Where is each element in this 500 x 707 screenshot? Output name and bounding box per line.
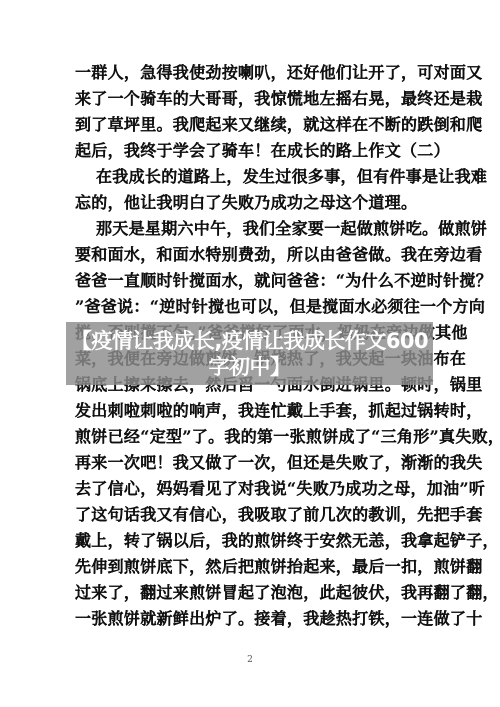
text-line: 一张煎饼就新鲜出炉了。接着，我趁热打铁，一连做了十: [75, 606, 420, 632]
text-line: 过来了，翻过来煎饼冒起了泡泡，此起彼伏，我再翻了翻，: [75, 580, 420, 606]
text-line: 戴上，转了锅以后，我的煎饼终于安然无恙，我拿起铲子，: [75, 528, 420, 554]
text-line: 发出刺啦刺啦的响声，我连忙戴上手套，抓起过锅转时，: [75, 398, 420, 424]
text-line: 到了草坪里。我爬起来又继续，就这样在不断的跌倒和爬: [75, 112, 420, 138]
text-line: 要和面水，和面水特别费劲，所以由爸爸做。我在旁边看: [75, 242, 420, 268]
overlay-title: 【疫情让我成长,疫情让我成长作文600字初中】: [66, 328, 433, 380]
text-line: 来了一个骑车的大哥哥，我惊慌地左摇右晃，最终还是栽: [75, 86, 420, 112]
text-line: 再来一次吧！我又做了一次，但还是失败了，渐渐的我失: [75, 450, 420, 476]
text-line: 起后，我终于学会了骑车！在成长的路上作文（二）: [75, 138, 420, 164]
text-line: 煎饼已经“定型”了。我的第一张煎饼成了“三角形”真失败，: [75, 424, 420, 450]
text-line: 一群人，急得我使劲按喇叭，还好他们让开了，可对面又: [75, 60, 420, 86]
title-overlay-banner: 【疫情让我成长,疫情让我成长作文600字初中】: [66, 322, 433, 385]
text-line: 那天是星期六中午，我们全家要一起做煎饼吃。做煎饼: [75, 216, 420, 242]
text-line: 先伸到煎饼底下，然后把煎饼抬起来，最后一扣，煎饼翻: [75, 554, 420, 580]
text-line: 爸爸一直顺时针搅面水，就问爸爸：“为什么不逆时针搅？: [75, 268, 420, 294]
text-line: 了这句话我又有信心，我吸取了前几次的教训，先把手套: [75, 502, 420, 528]
document-page: 一群人，急得我使劲按喇叭，还好他们让开了，可对面又 来了一个骑车的大哥哥，我惊慌…: [0, 0, 500, 707]
text-line: 在我成长的道路上，发生过很多事，但有件事是让我难: [75, 164, 420, 190]
text-line: 忘的，他让我明白了失败乃成功之母这个道理。: [75, 190, 420, 216]
text-line: 去了信心，妈妈看见了对我说“失败乃成功之母，加油”听: [75, 476, 420, 502]
page-number: 2: [0, 655, 500, 665]
text-line: ”爸爸说：“逆时针搅也可以，但是搅面水必须往一个方向: [75, 294, 420, 320]
